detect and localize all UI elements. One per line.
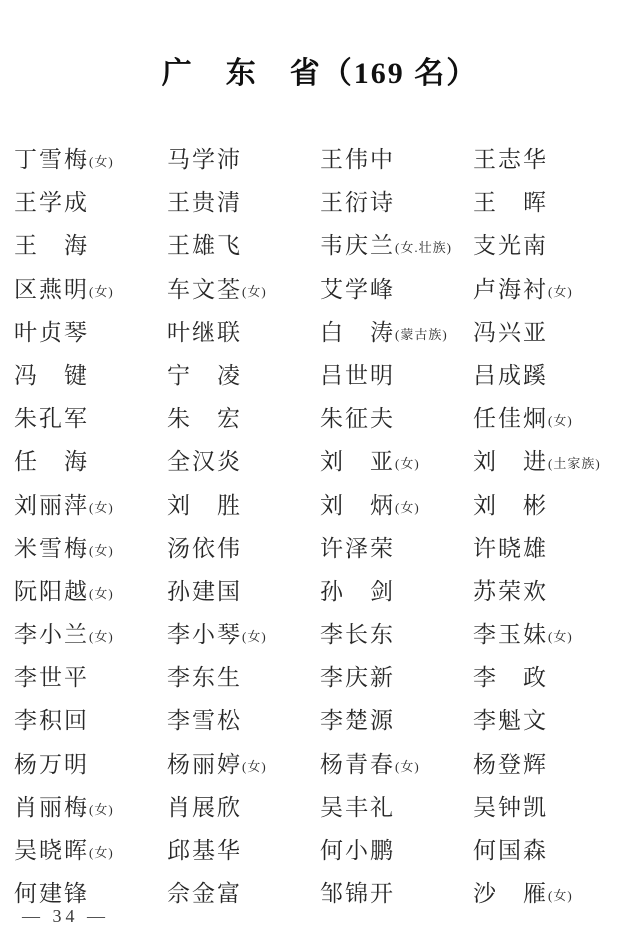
- roster-cell: 冯 键: [14, 357, 167, 400]
- person-name: 杨丽婷: [167, 746, 242, 779]
- person-name: 吴丰礼: [320, 789, 395, 822]
- person-name: 叶继联: [167, 314, 242, 347]
- roster-cell: 王 海: [14, 227, 167, 270]
- person-note: (女): [89, 799, 114, 818]
- roster-cell: 马学沛: [167, 141, 320, 184]
- person-name: 何国森: [473, 832, 548, 865]
- person-note: (女): [89, 497, 114, 516]
- roster-cell: 佘金富: [167, 875, 320, 918]
- person-name: 李小兰: [14, 616, 89, 649]
- roster-cell: 何国森: [473, 832, 632, 875]
- person-note: (女): [548, 626, 573, 645]
- person-note: (女): [89, 583, 114, 602]
- person-name: 朱 宏: [167, 400, 242, 433]
- roster-cell: 李玉妹(女): [473, 616, 632, 659]
- person-name: 沙 雁: [473, 875, 548, 908]
- person-note: (女): [89, 842, 114, 861]
- person-note: (女): [242, 281, 267, 300]
- person-name: 吕成蹊: [473, 357, 548, 390]
- roster-cell: 朱孔军: [14, 400, 167, 443]
- person-name: 苏荣欢: [473, 573, 548, 606]
- roster-cell: 王学成: [14, 184, 167, 227]
- person-name: 支光南: [473, 227, 548, 260]
- person-name: 全汉炎: [167, 443, 242, 476]
- person-name: 邹锦开: [320, 875, 395, 908]
- person-note: (女): [89, 626, 114, 645]
- person-name: 马学沛: [167, 141, 242, 174]
- person-note: (女): [395, 453, 420, 472]
- person-note: (女): [242, 756, 267, 775]
- person-name: 刘 亚: [320, 443, 395, 476]
- person-name: 刘 炳: [320, 487, 395, 520]
- person-note: (女): [548, 885, 573, 904]
- roster-cell: 韦庆兰(女.壮族): [320, 227, 473, 270]
- person-name: 吴晓晖: [14, 832, 89, 865]
- person-name: 李世平: [14, 659, 89, 692]
- roster-cell: 刘丽萍(女): [14, 487, 167, 530]
- person-name: 李东生: [167, 659, 242, 692]
- person-name: 何建锋: [14, 875, 89, 908]
- roster-cell: 刘 彬: [473, 487, 632, 530]
- roster-cell: 任佳炯(女): [473, 400, 632, 443]
- person-name: 杨青春: [320, 746, 395, 779]
- roster-cell: 冯兴亚: [473, 314, 632, 357]
- roster-cell: 邱基华: [167, 832, 320, 875]
- person-name: 孙建国: [167, 573, 242, 606]
- person-name: 冯兴亚: [473, 314, 548, 347]
- roster-cell: 李小琴(女): [167, 616, 320, 659]
- roster-cell: 王雄飞: [167, 227, 320, 270]
- person-name: 刘丽萍: [14, 487, 89, 520]
- person-note: (女): [89, 540, 114, 559]
- person-name: 肖丽梅: [14, 789, 89, 822]
- person-name: 李魁文: [473, 702, 548, 735]
- roster-cell: 任 海: [14, 443, 167, 486]
- person-name: 白 涛: [320, 314, 395, 347]
- roster-cell: 车文荃(女): [167, 271, 320, 314]
- person-name: 王 晖: [473, 184, 548, 217]
- person-name: 王 海: [14, 227, 89, 260]
- person-name: 冯 键: [14, 357, 89, 390]
- roster-cell: 王伟中: [320, 141, 473, 184]
- roster-cell: 李东生: [167, 659, 320, 702]
- roster-cell: 吴丰礼: [320, 789, 473, 832]
- roster-cell: 刘 炳(女): [320, 487, 473, 530]
- person-name: 阮阳越: [14, 573, 89, 606]
- person-note: (女): [548, 410, 573, 429]
- roster-cell: 杨丽婷(女): [167, 746, 320, 789]
- person-name: 吕世明: [320, 357, 395, 390]
- person-name: 李小琴: [167, 616, 242, 649]
- roster-cell: 艾学峰: [320, 271, 473, 314]
- roster-cell: 支光南: [473, 227, 632, 270]
- person-name: 王伟中: [320, 141, 395, 174]
- person-note: (女): [548, 281, 573, 300]
- roster-cell: 朱 宏: [167, 400, 320, 443]
- roster-cell: 朱征夫: [320, 400, 473, 443]
- roster-cell: 许晓雄: [473, 530, 632, 573]
- person-name: 杨登辉: [473, 746, 548, 779]
- person-name: 吴钟凯: [473, 789, 548, 822]
- person-name: 李庆新: [320, 659, 395, 692]
- roster-cell: 李积回: [14, 702, 167, 745]
- roster-cell: 许泽荣: [320, 530, 473, 573]
- person-name: 李长东: [320, 616, 395, 649]
- person-name: 王衍诗: [320, 184, 395, 217]
- roster-cell: 吴晓晖(女): [14, 832, 167, 875]
- roster-cell: 杨登辉: [473, 746, 632, 789]
- person-name: 李雪松: [167, 702, 242, 735]
- roster-cell: 宁 凌: [167, 357, 320, 400]
- roster-cell: 米雪梅(女): [14, 530, 167, 573]
- roster-cell: 李魁文: [473, 702, 632, 745]
- document-page: 广 东 省（169 名） 丁雪梅(女)马学沛王伟中王志华王学成王贵清王衍诗王 晖…: [0, 0, 640, 947]
- person-name: 王贵清: [167, 184, 242, 217]
- roster-cell: 何小鹏: [320, 832, 473, 875]
- roster-cell: 吴钟凯: [473, 789, 632, 832]
- roster-cell: 李楚源: [320, 702, 473, 745]
- roster-cell: 李世平: [14, 659, 167, 702]
- person-name: 刘 彬: [473, 487, 548, 520]
- person-note: (女): [242, 626, 267, 645]
- roster-cell: 刘 亚(女): [320, 443, 473, 486]
- person-name: 艾学峰: [320, 271, 395, 304]
- person-name: 李 政: [473, 659, 548, 692]
- person-name: 肖展欣: [167, 789, 242, 822]
- person-name: 米雪梅: [14, 530, 89, 563]
- person-name: 邱基华: [167, 832, 242, 865]
- roster-cell: 卢海衬(女): [473, 271, 632, 314]
- person-name: 朱征夫: [320, 400, 395, 433]
- roster-cell: 叶贞琴: [14, 314, 167, 357]
- person-name: 刘 胜: [167, 487, 242, 520]
- roster-cell: 李雪松: [167, 702, 320, 745]
- roster-cell: 王 晖: [473, 184, 632, 227]
- roster-cell: 李小兰(女): [14, 616, 167, 659]
- roster-grid: 丁雪梅(女)马学沛王伟中王志华王学成王贵清王衍诗王 晖王 海王雄飞韦庆兰(女.壮…: [14, 141, 632, 918]
- roster-cell: 李庆新: [320, 659, 473, 702]
- person-name: 宁 凌: [167, 357, 242, 390]
- person-name: 朱孔军: [14, 400, 89, 433]
- person-note: (女): [395, 497, 420, 516]
- person-name: 叶贞琴: [14, 314, 89, 347]
- person-name: 丁雪梅: [14, 141, 89, 174]
- roster-cell: 肖展欣: [167, 789, 320, 832]
- roster-cell: 肖丽梅(女): [14, 789, 167, 832]
- roster-cell: 杨万明: [14, 746, 167, 789]
- roster-cell: 邹锦开: [320, 875, 473, 918]
- roster-cell: 叶继联: [167, 314, 320, 357]
- roster-cell: 刘 进(土家族): [473, 443, 632, 486]
- roster-cell: 王志华: [473, 141, 632, 184]
- roster-cell: 吕成蹊: [473, 357, 632, 400]
- person-name: 孙 剑: [320, 573, 395, 606]
- person-name: 何小鹏: [320, 832, 395, 865]
- roster-cell: 王贵清: [167, 184, 320, 227]
- person-note: (女): [89, 151, 114, 170]
- person-name: 许晓雄: [473, 530, 548, 563]
- person-note: (女.壮族): [395, 237, 452, 256]
- person-name: 许泽荣: [320, 530, 395, 563]
- person-name: 韦庆兰: [320, 227, 395, 260]
- person-note: (蒙古族): [395, 324, 448, 343]
- person-name: 佘金富: [167, 875, 242, 908]
- person-name: 车文荃: [167, 271, 242, 304]
- roster-cell: 阮阳越(女): [14, 573, 167, 616]
- person-note: (女): [395, 756, 420, 775]
- person-name: 任 海: [14, 443, 89, 476]
- person-name: 王志华: [473, 141, 548, 174]
- roster-cell: 区燕明(女): [14, 271, 167, 314]
- person-name: 汤依伟: [167, 530, 242, 563]
- person-name: 李玉妹: [473, 616, 548, 649]
- roster-cell: 刘 胜: [167, 487, 320, 530]
- person-name: 卢海衬: [473, 271, 548, 304]
- roster-cell: 沙 雁(女): [473, 875, 632, 918]
- page-title: 广 东 省（169 名）: [0, 48, 640, 92]
- roster-cell: 汤依伟: [167, 530, 320, 573]
- roster-cell: 吕世明: [320, 357, 473, 400]
- roster-cell: 李长东: [320, 616, 473, 659]
- person-name: 任佳炯: [473, 400, 548, 433]
- person-name: 刘 进: [473, 443, 548, 476]
- roster-cell: 孙 剑: [320, 573, 473, 616]
- roster-cell: 杨青春(女): [320, 746, 473, 789]
- person-name: 李积回: [14, 702, 89, 735]
- person-note: (女): [89, 281, 114, 300]
- roster-cell: 丁雪梅(女): [14, 141, 167, 184]
- roster-cell: 孙建国: [167, 573, 320, 616]
- roster-cell: 全汉炎: [167, 443, 320, 486]
- roster-cell: 王衍诗: [320, 184, 473, 227]
- person-name: 王学成: [14, 184, 89, 217]
- person-name: 杨万明: [14, 746, 89, 779]
- page-number: — 34 —: [22, 906, 109, 927]
- person-name: 王雄飞: [167, 227, 242, 260]
- roster-cell: 李 政: [473, 659, 632, 702]
- roster-cell: 苏荣欢: [473, 573, 632, 616]
- person-name: 区燕明: [14, 271, 89, 304]
- person-note: (土家族): [548, 453, 601, 472]
- roster-cell: 白 涛(蒙古族): [320, 314, 473, 357]
- person-name: 李楚源: [320, 702, 395, 735]
